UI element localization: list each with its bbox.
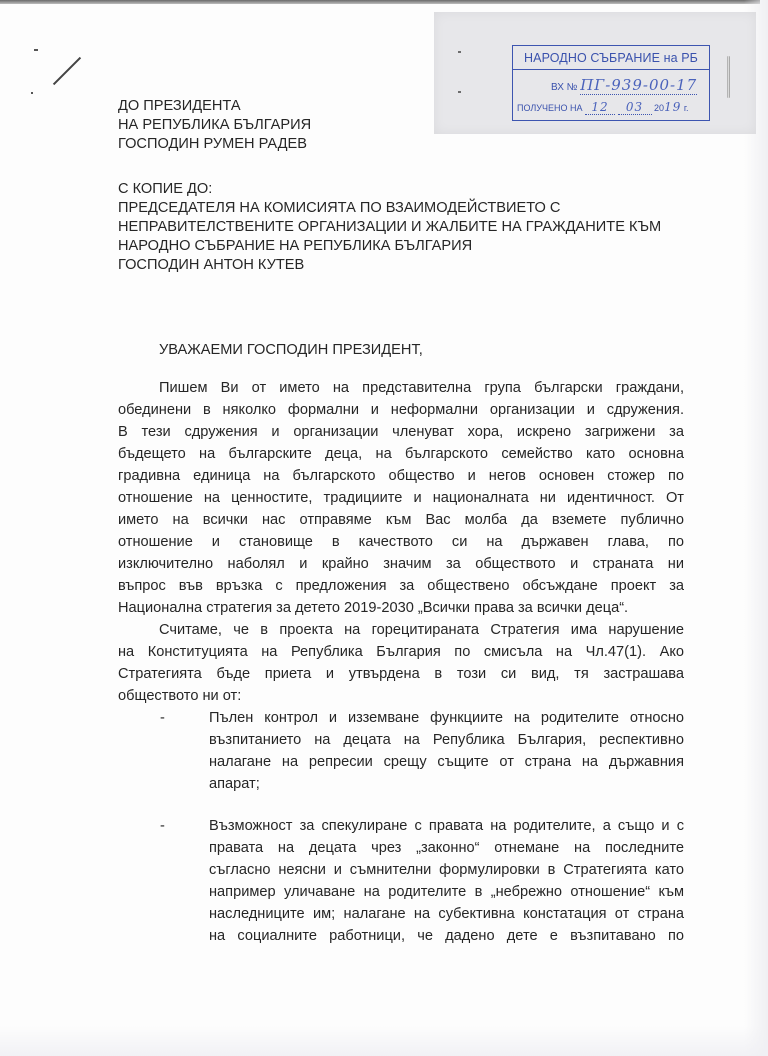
bullet-dash: - xyxy=(160,815,165,837)
addressee-block: ДО ПРЕЗИДЕНТА НА РЕПУБЛИКА БЪЛГАРИЯ ГОСП… xyxy=(118,97,311,154)
stamp-received-row: ПОЛУЧЕНО НА 12 03 2019 г. xyxy=(517,100,689,115)
bullet-line: съгласно неясни и съмнителни формулировк… xyxy=(209,859,684,881)
slip-mark xyxy=(458,51,461,53)
stamp-year-prefix: 20 xyxy=(654,103,664,113)
handwritten-slash-mark xyxy=(53,57,81,85)
bullet-line: правата на децата чрез „законно“ отнеман… xyxy=(209,837,684,859)
paragraph-line: градивна единица на българското общество… xyxy=(118,465,684,487)
stamp-reg-number: ПГ-939-00-17 xyxy=(580,76,697,94)
scan-bottom-shadow xyxy=(0,1026,768,1056)
salutation: УВАЖАЕМИ ГОСПОДИН ПРЕЗИДЕНТ, xyxy=(159,342,423,358)
paragraph-line: Национална стратегия за детето 2019-2030… xyxy=(118,597,684,619)
stamp-received-month: 03 xyxy=(626,100,643,114)
paragraph-line: отношение и становище в качеството си на… xyxy=(118,531,684,553)
paragraph-line: Пишем Ви от името на представителна груп… xyxy=(159,377,684,399)
scanned-letter-page: НАРОДНО СЪБРАНИЕ на РБ ВХ № ПГ-939-00-17… xyxy=(0,0,768,1056)
copy-to-line: ПРЕДСЕДАТЕЛЯ НА КОМИСИЯТА ПО ВЗАИМОДЕЙСТ… xyxy=(118,199,661,218)
bullet-line: наследниците им; налагане на субективна … xyxy=(209,903,684,925)
paragraph-line: отношение на ценностите, традициите и на… xyxy=(118,487,684,509)
staple-icon xyxy=(727,56,730,98)
margin-tick xyxy=(34,49,38,51)
bullet-line: Пълен контрол и изземване функциите на р… xyxy=(209,707,684,729)
margin-tick xyxy=(31,92,33,94)
addressee-line: ДО ПРЕЗИДЕНТА xyxy=(118,97,311,116)
paragraph-line: изключително наболял и крайно значим за … xyxy=(118,553,684,575)
stamp-registration-row: ВХ № ПГ-939-00-17 xyxy=(551,76,697,95)
paragraph-line: на Конституцията на Република България п… xyxy=(118,641,684,663)
slip-mark xyxy=(458,91,461,93)
bullet-line: апарат; xyxy=(209,773,684,795)
addressee-line: НА РЕПУБЛИКА БЪЛГАРИЯ xyxy=(118,116,311,135)
bullet-line: Възможност за спекулиране с правата на р… xyxy=(209,815,684,837)
bullet-line: възпитанието на децата на Република Бълг… xyxy=(209,729,684,751)
paragraph-line: обществото ни от: xyxy=(118,685,684,707)
scan-top-edge xyxy=(0,0,760,4)
paragraph-line: обединени в няколко формални и неформалн… xyxy=(118,399,684,421)
copy-to-line: НЕПРАВИТЕЛСТВЕНИТЕ ОРГАНИЗАЦИИ И ЖАЛБИТЕ… xyxy=(118,218,661,237)
copy-to-line: ГОСПОДИН АНТОН КУТЕВ xyxy=(118,256,661,275)
scan-right-shadow xyxy=(744,0,768,1056)
stamp-reg-label: ВХ № xyxy=(551,82,577,93)
addressee-line: ГОСПОДИН РУМЕН РАДЕВ xyxy=(118,135,311,154)
bullet-line: на социалните работници, че дадено дете … xyxy=(209,925,684,947)
copy-to-heading: С КОПИЕ ДО: xyxy=(118,180,661,199)
paragraph-line: бъдещето на българските деца, на българс… xyxy=(118,443,684,465)
copy-to-block: С КОПИЕ ДО: ПРЕДСЕДАТЕЛЯ НА КОМИСИЯТА ПО… xyxy=(118,180,661,275)
paragraph-line: В тези сдружения и организации членуват … xyxy=(118,421,684,443)
paragraph-line: името на всички нас отправяме към Вас мо… xyxy=(118,509,684,531)
paragraph-line: Считаме, че в проекта на горецитираната … xyxy=(159,619,684,641)
stamp-received-day: 12 xyxy=(591,100,608,114)
stamp-title: НАРОДНО СЪБРАНИЕ на РБ xyxy=(513,46,709,70)
stamp-year-suffix: 19 xyxy=(664,100,681,114)
copy-to-line: НАРОДНО СЪБРАНИЕ НА РЕПУБЛИКА БЪЛГАРИЯ xyxy=(118,237,661,256)
bullet-line: налагане на репресии срещу същите от стр… xyxy=(209,751,684,773)
paragraph-line: въпрос във връзка с предложения за общес… xyxy=(118,575,684,597)
bullet-line: например уличаване на родителите в „небр… xyxy=(209,881,684,903)
bullet-dash: - xyxy=(160,707,165,729)
stamp-received-label: ПОЛУЧЕНО НА xyxy=(517,103,583,113)
stamp-year-unit: г. xyxy=(684,103,689,113)
paragraph-line: Стратегията бъде приета и утвърдена в то… xyxy=(118,663,684,685)
parliament-registration-stamp: НАРОДНО СЪБРАНИЕ на РБ ВХ № ПГ-939-00-17… xyxy=(512,45,710,121)
